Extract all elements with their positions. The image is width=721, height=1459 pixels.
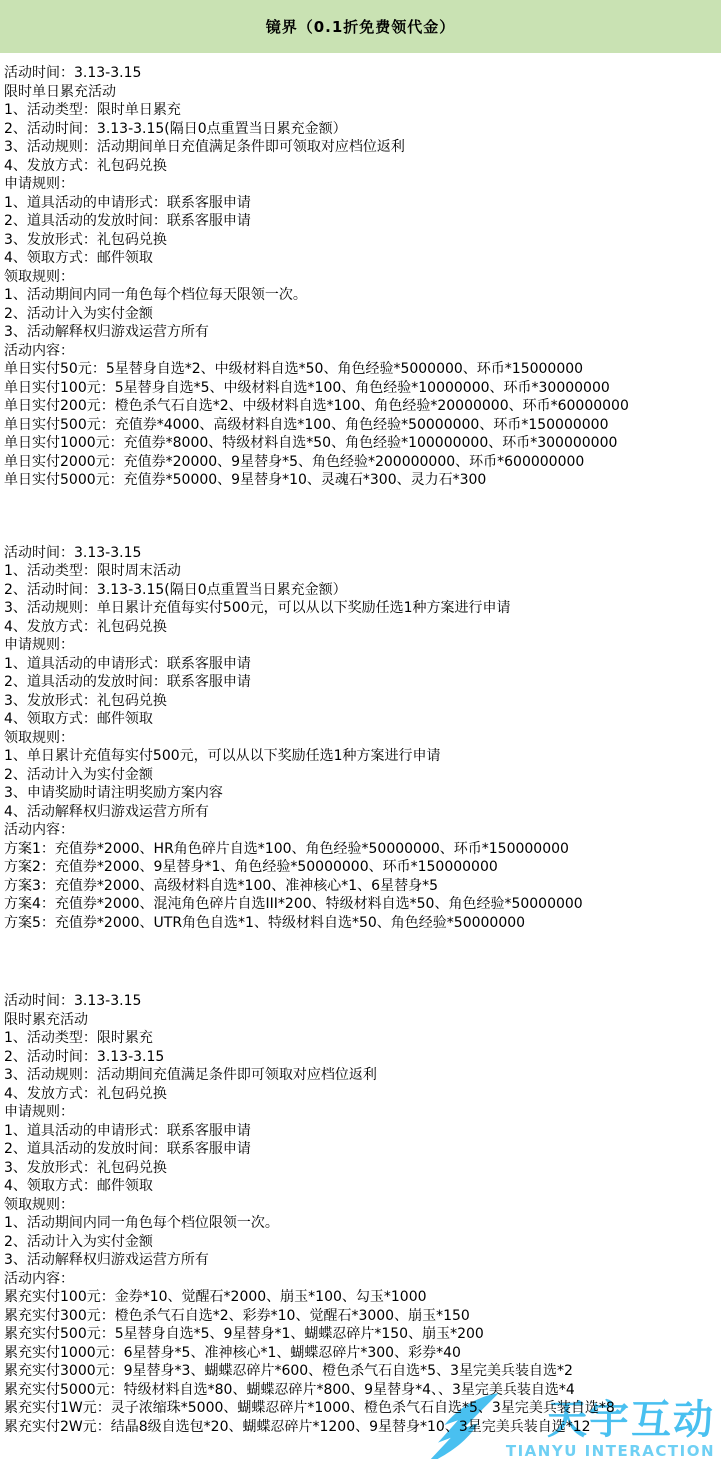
text-line: 活动内容：	[4, 342, 719, 361]
text-line: 申请规则：	[4, 175, 719, 194]
text-line: 4、发放方式：礼包码兑换	[4, 1085, 719, 1104]
activity-section-total-recharge: 活动时间：3.13-3.15限时累充活动1、活动类型：限时累充2、活动时间：3.…	[4, 992, 719, 1436]
text-line: 2、活动计入为实付金额	[4, 766, 719, 785]
text-line: 2、活动时间：3.13-3.15(隔日0点重置当日累充金额）	[4, 120, 719, 139]
text-line: 2、活动计入为实付金额	[4, 305, 719, 324]
text-line: 累充实付3000元：9星替身*3、蝴蝶忍碎片*600、橙色杀气石自选*5、3星完…	[4, 1362, 719, 1381]
text-line: 1、活动期间内同一角色每个档位限领一次。	[4, 1214, 719, 1233]
text-line: 3、活动规则：活动期间单日充值满足条件即可领取对应档位返利	[4, 138, 719, 157]
text-line: 3、活动规则：活动期间充值满足条件即可领取对应档位返利	[4, 1066, 719, 1085]
text-line: 累充实付1000元：6星替身*5、准神核心*1、蝴蝶忍碎片*300、彩券*40	[4, 1344, 719, 1363]
text-line: 领取规则：	[4, 729, 719, 748]
logo-subtitle: TIANYU INTERACTION	[506, 1443, 715, 1459]
text-line: 3、活动解释权归游戏运营方所有	[4, 1251, 719, 1270]
text-line: 单日实付50元：5星替身自选*2、中级材料自选*50、角色经验*5000000、…	[4, 360, 719, 379]
text-line: 2、道具活动的发放时间：联系客服申请	[4, 1140, 719, 1159]
text-line: 单日实付500元：充值券*4000、高级材料自选*100、角色经验*500000…	[4, 416, 719, 435]
text-line: 4、活动解释权归游戏运营方所有	[4, 803, 719, 822]
text-line: 活动内容：	[4, 1270, 719, 1289]
text-line: 累充实付500元：5星替身自选*5、9星替身*1、蝴蝶忍碎片*150、崩玉*20…	[4, 1325, 719, 1344]
text-line: 2、活动计入为实付金额	[4, 1233, 719, 1252]
text-line: 累充实付1W元：灵子浓缩珠*5000、蝴蝶忍碎片*1000、橙色杀气石自选*5、…	[4, 1399, 719, 1418]
text-line: 累充实付300元：橙色杀气石自选*2、彩券*10、觉醒石*3000、崩玉*150	[4, 1307, 719, 1326]
text-line: 活动时间：3.13-3.15	[4, 544, 719, 563]
text-line: 1、活动类型：限时累充	[4, 1029, 719, 1048]
text-line: 3、活动规则：单日累计充值每实付500元，可以从以下奖励任选1种方案进行申请	[4, 599, 719, 618]
text-line: 3、申请奖励时请注明奖励方案内容	[4, 784, 719, 803]
text-line: 2、道具活动的发放时间：联系客服申请	[4, 212, 719, 231]
text-line: 2、道具活动的发放时间：联系客服申请	[4, 673, 719, 692]
text-line: 2、活动时间：3.13-3.15(隔日0点重置当日累充金额）	[4, 581, 719, 600]
document-body: 活动时间：3.13-3.15限时单日累充活动1、活动类型：限时单日累充2、活动时…	[0, 53, 721, 1436]
text-line: 领取规则：	[4, 1196, 719, 1215]
page-title: 镜界（0.1折免费领代金）	[266, 16, 456, 37]
text-line: 申请规则：	[4, 636, 719, 655]
text-line: 方案1：充值券*2000、HR角色碎片自选*100、角色经验*50000000、…	[4, 840, 719, 859]
text-line: 累充实付2W元：结晶8级自选包*20、蝴蝶忍碎片*1200、9星替身*10、3星…	[4, 1418, 719, 1437]
text-line: 4、发放方式：礼包码兑换	[4, 157, 719, 176]
text-line: 单日实付5000元：充值券*50000、9星替身*10、灵魂石*300、灵力石*…	[4, 471, 719, 490]
text-line: 申请规则：	[4, 1103, 719, 1122]
text-line: 3、发放形式：礼包码兑换	[4, 231, 719, 250]
page-root: { "header": { "title": "镜界（0.1折免费领代金）", …	[0, 0, 721, 1459]
text-line: 3、发放形式：礼包码兑换	[4, 1159, 719, 1178]
text-line: 限时单日累充活动	[4, 83, 719, 102]
text-line: 1、道具活动的申请形式：联系客服申请	[4, 655, 719, 674]
text-line: 单日实付1000元：充值券*8000、特级材料自选*50、角色经验*100000…	[4, 434, 719, 453]
activity-section-daily-recharge: 活动时间：3.13-3.15限时单日累充活动1、活动类型：限时单日累充2、活动时…	[4, 64, 719, 490]
text-line: 1、活动期间内同一角色每个档位每天限领一次。	[4, 286, 719, 305]
text-line: 1、活动类型：限时单日累充	[4, 101, 719, 120]
text-line: 限时累充活动	[4, 1011, 719, 1030]
text-line: 领取规则：	[4, 268, 719, 287]
text-line: 4、发放方式：礼包码兑换	[4, 618, 719, 637]
text-line: 1、单日累计充值每实付500元，可以从以下奖励任选1种方案进行申请	[4, 747, 719, 766]
text-line: 2、活动时间：3.13-3.15	[4, 1048, 719, 1067]
text-line: 累充实付5000元：特级材料自选*80、蝴蝶忍碎片*800、9星替身*4、、3星…	[4, 1381, 719, 1400]
text-line: 活动内容：	[4, 821, 719, 840]
text-line: 3、发放形式：礼包码兑换	[4, 692, 719, 711]
text-line: 活动时间：3.13-3.15	[4, 64, 719, 83]
activity-section-weekend: 活动时间：3.13-3.151、活动类型：限时周末活动2、活动时间：3.13-3…	[4, 544, 719, 933]
text-line: 单日实付200元：橙色杀气石自选*2、中级材料自选*100、角色经验*20000…	[4, 397, 719, 416]
text-line: 单日实付100元：5星替身自选*5、中级材料自选*100、角色经验*100000…	[4, 379, 719, 398]
text-line: 4、领取方式：邮件领取	[4, 1177, 719, 1196]
text-line: 单日实付2000元：充值券*20000、9星替身*5、角色经验*20000000…	[4, 453, 719, 472]
text-line: 方案2：充值券*2000、9星替身*1、角色经验*50000000、环币*150…	[4, 858, 719, 877]
text-line: 方案5：充值券*2000、UTR角色自选*1、特级材料自选*50、角色经验*50…	[4, 914, 719, 933]
header-bar: 镜界（0.1折免费领代金）	[0, 0, 721, 53]
text-line: 方案3：充值券*2000、高级材料自选*100、准神核心*1、6星替身*5	[4, 877, 719, 896]
text-line: 3、活动解释权归游戏运营方所有	[4, 323, 719, 342]
text-line: 活动时间：3.13-3.15	[4, 992, 719, 1011]
text-line: 4、领取方式：邮件领取	[4, 710, 719, 729]
text-line: 1、道具活动的申请形式：联系客服申请	[4, 1122, 719, 1141]
text-line: 方案4：充值券*2000、混沌角色碎片自选III*200、特级材料自选*50、角…	[4, 895, 719, 914]
text-line: 4、领取方式：邮件领取	[4, 249, 719, 268]
text-line: 1、活动类型：限时周末活动	[4, 562, 719, 581]
text-line: 累充实付100元：金券*10、觉醒石*2000、崩玉*100、勾玉*1000	[4, 1288, 719, 1307]
text-line: 1、道具活动的申请形式：联系客服申请	[4, 194, 719, 213]
